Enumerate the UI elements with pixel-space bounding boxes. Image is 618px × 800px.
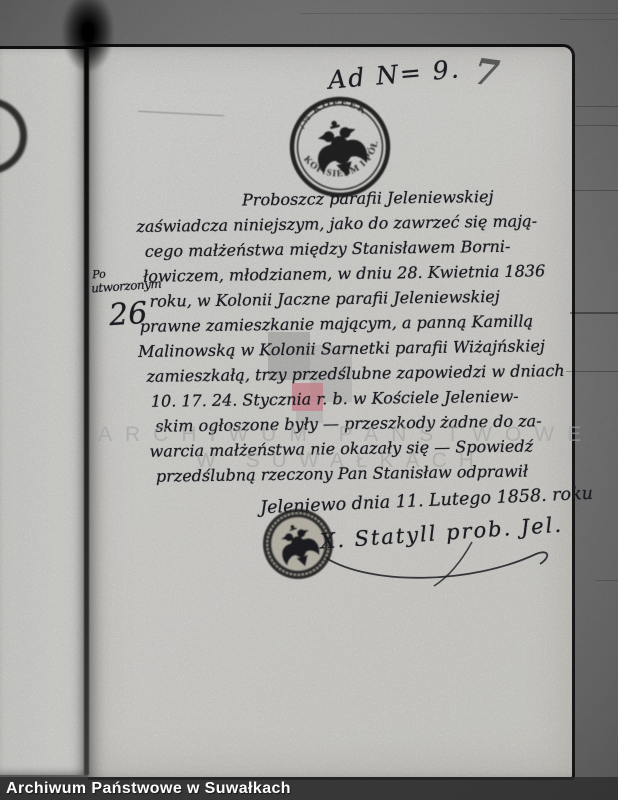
scratch-mark: [570, 312, 618, 314]
scratch-mark: [572, 190, 618, 191]
scratch-mark: [566, 371, 618, 372]
scratch-mark: [574, 125, 618, 126]
partial-stamp-arc-icon: [0, 98, 27, 174]
signature-flourish: [322, 540, 562, 594]
scratch-mark: [576, 106, 618, 107]
handwritten-body: Proboszcz parafii Jeleniewskiej zaświadc…: [136, 183, 564, 489]
scratch-mark: [300, 13, 618, 14]
footer-bar: Archiwum Państwowe w Suwałkach: [0, 777, 618, 800]
scanned-document-view: Ad N= 9. 7 7½ KOPEEK KOP:SIEDM I PÓŁ Po …: [0, 0, 618, 800]
scratch-mark: [596, 580, 618, 581]
scratch-mark: [560, 19, 618, 20]
pencil-scratch: [138, 111, 224, 116]
archive-name-label: Archiwum Państwowe w Suwałkach: [6, 780, 291, 798]
left-page-edge: [0, 46, 86, 775]
page-fold-line: [84, 44, 89, 775]
